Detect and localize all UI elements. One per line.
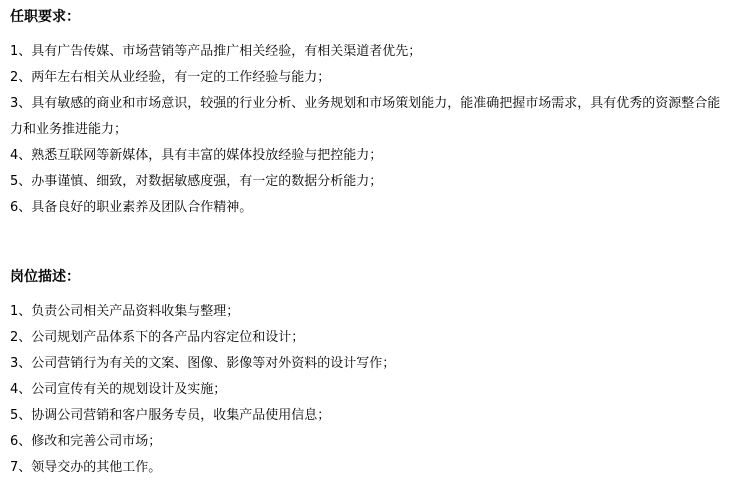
requirement-item-5: 5、办事谨慎、细致，对数据敏感度强，有一定的数据分析能力； bbox=[10, 169, 728, 195]
requirement-item-1: 1、具有广告传媒、市场营销等产品推广相关经验，有相关渠道者优先； bbox=[10, 39, 728, 65]
description-title: 岗位描述： bbox=[10, 270, 728, 284]
section-job-requirements: 任职要求： 1、具有广告传媒、市场营销等产品推广相关经验，有相关渠道者优先； 2… bbox=[10, 10, 728, 221]
description-item-5: 5、协调公司营销和客户服务专员，收集产品使用信息； bbox=[10, 403, 728, 429]
description-item-2: 2、公司规划产品体系下的各产品内容定位和设计； bbox=[10, 325, 728, 351]
section-job-description: 岗位描述： 1、负责公司相关产品资料收集与整理； 2、公司规划产品体系下的各产品… bbox=[10, 270, 728, 481]
requirements-title: 任职要求： bbox=[10, 10, 728, 24]
requirement-item-2: 2、两年左右相关从业经验，有一定的工作经验与能力； bbox=[10, 65, 728, 91]
requirement-item-6: 6、具备良好的职业素养及团队合作精神。 bbox=[10, 195, 728, 221]
job-posting-document: 任职要求： 1、具有广告传媒、市场营销等产品推广相关经验，有相关渠道者优先； 2… bbox=[0, 0, 738, 481]
description-item-3: 3、公司营销行为有关的文案、图像、影像等对外资料的设计写作； bbox=[10, 351, 728, 377]
requirement-item-4: 4、熟悉互联网等新媒体，具有丰富的媒体投放经验与把控能力； bbox=[10, 143, 728, 169]
description-item-4: 4、公司宣传有关的规划设计及实施； bbox=[10, 377, 728, 403]
description-item-1: 1、负责公司相关产品资料收集与整理； bbox=[10, 299, 728, 325]
requirement-item-3: 3、具有敏感的商业和市场意识，较强的行业分析、业务规划和市场策划能力，能准确把握… bbox=[10, 91, 728, 143]
description-item-7: 7、领导交办的其他工作。 bbox=[10, 455, 728, 481]
description-item-6: 6、修改和完善公司市场； bbox=[10, 429, 728, 455]
